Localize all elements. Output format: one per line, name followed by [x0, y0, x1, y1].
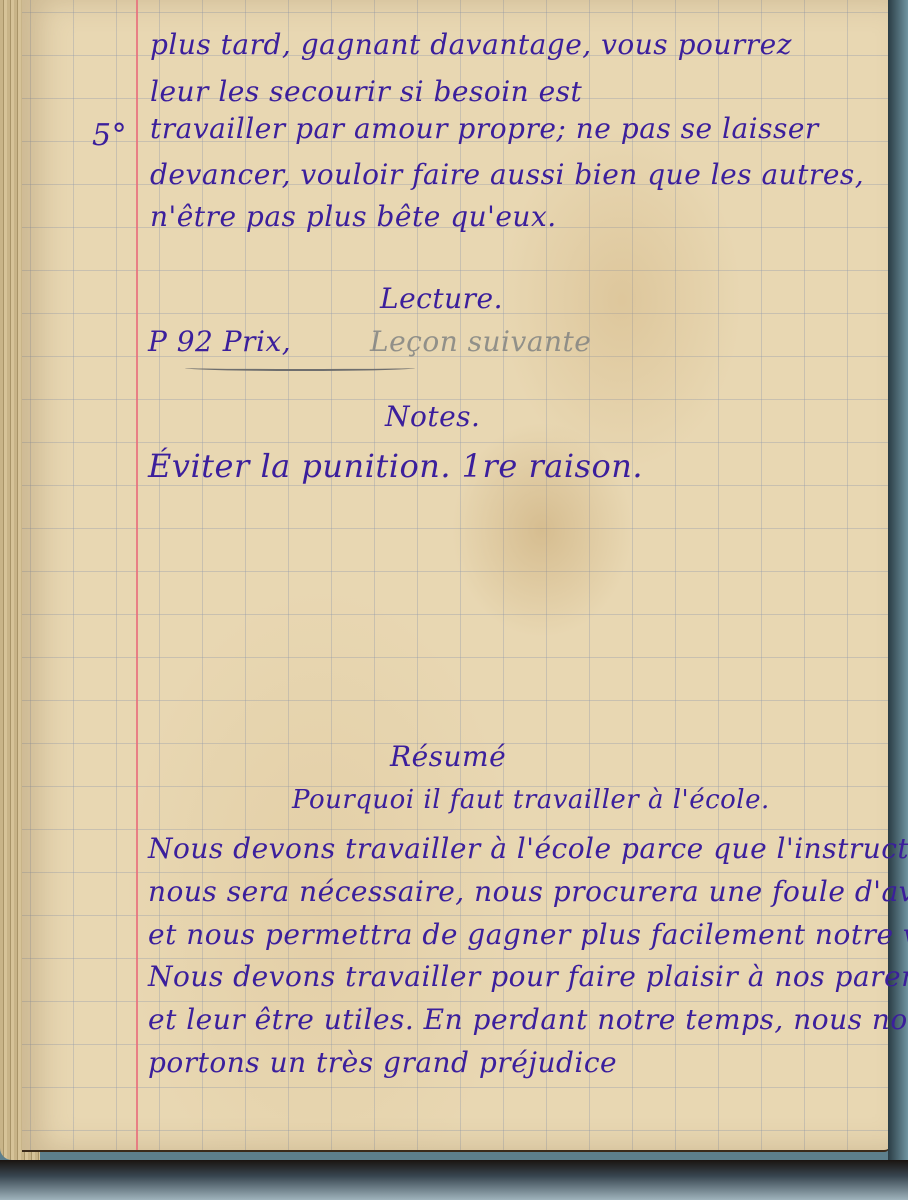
section-heading-notes: Notes. — [385, 400, 480, 433]
text-line: nous sera nécessaire, nous procurera une… — [148, 875, 908, 908]
notes-entry: Éviter la punition. 1re raison. — [148, 447, 643, 485]
text-line: portons un très grand préjudice — [148, 1046, 617, 1079]
margin-number: 5° — [92, 118, 127, 153]
text-line: et nous permettra de gagner plus facilem… — [148, 918, 908, 951]
text-line: devancer, vouloir faire aussi bien que l… — [150, 158, 864, 191]
text-line: Nous devons travailler à l'école parce q… — [148, 832, 908, 865]
text-line: Nous devons travailler pour faire plaisi… — [148, 960, 908, 993]
resume-subtitle: Pourquoi il faut travailler à l'école. — [292, 785, 770, 815]
text-line: plus tard, gagnant davantage, vous pourr… — [150, 28, 792, 61]
text-line: n'être pas plus bête qu'eux. — [150, 200, 557, 233]
text-line: travailler par amour propre; ne pas se l… — [150, 112, 819, 145]
section-heading-lecture: Lecture. — [380, 282, 503, 315]
lecture-pencil-note: Leçon suivante — [370, 325, 591, 358]
section-heading-resume: Résumé — [390, 740, 506, 773]
red-margin-line — [136, 0, 138, 1150]
lecture-entry: P 92 Prix, — [148, 325, 291, 358]
text-line: et leur être utiles. En perdant notre te… — [148, 1003, 908, 1036]
scan-background-bottom — [0, 1160, 908, 1200]
text-line: leur les secourir si besoin est — [150, 75, 582, 108]
pencil-underline — [185, 365, 415, 371]
